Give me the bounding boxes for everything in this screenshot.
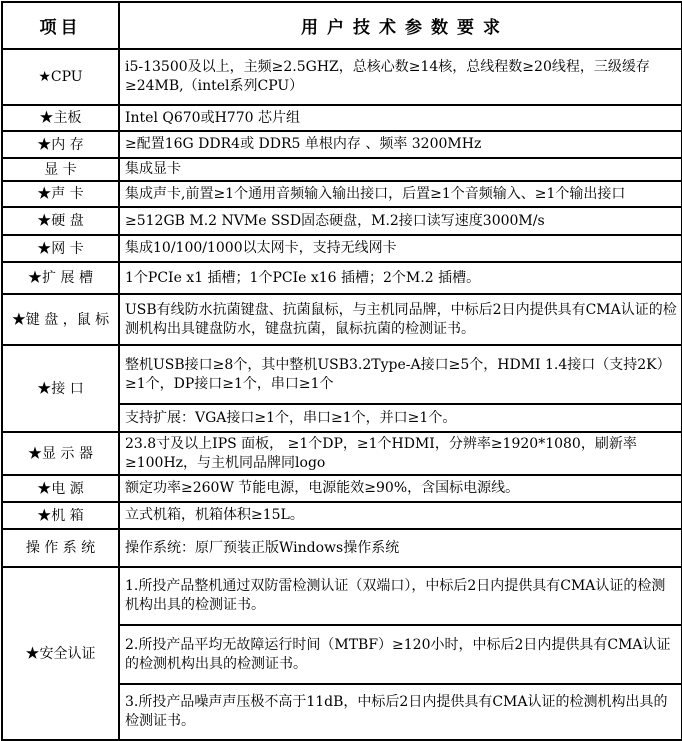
- content-network: 集成10/100/1000以太网卡，支持无线网卡: [119, 235, 682, 262]
- table-row: ★声 卡 集成声卡,前置≥1个通用音频输入输出接口，后置≥1个音频输入、≥1个输…: [2, 181, 682, 207]
- label-power: ★电 源: [2, 475, 119, 502]
- table-row: ★CPU i5-13500及以上，主频≥2.5GHZ，总核心数≥14核，总线程数…: [2, 49, 682, 105]
- label-sound: ★声 卡: [2, 181, 119, 207]
- table-row: ★网 卡 集成10/100/1000以太网卡，支持无线网卡: [2, 235, 682, 262]
- content-ports-2: 支持扩展：VGA接口≥1个，串口≥1个，并口≥1个。: [119, 404, 682, 432]
- content-case: 立式机箱，机箱体积≥15L。: [119, 502, 682, 529]
- content-ports-1: 整机USB接口≥8个，其中整机USB3.2Type-A接口≥5个，HDMI 1.…: [119, 345, 682, 404]
- label-monitor: ★显 示 器: [2, 432, 119, 475]
- content-safety-cert-2: 2.所投产品平均无故障运行时间（MTBF）≥120小时，中标后2日内提供具有CM…: [119, 625, 682, 684]
- content-motherboard: Intel Q670或H770 芯片组: [119, 105, 682, 131]
- content-keyboard-mouse: USB有线防水抗菌键盘、抗菌鼠标，与主机同品牌，中标后2日内提供具有CMA认证的…: [119, 294, 682, 345]
- table-row: 显 卡 集成显卡: [2, 158, 682, 181]
- label-safety-cert: ★安全认证: [2, 567, 119, 740]
- label-memory: ★内 存: [2, 131, 119, 158]
- content-cpu: i5-13500及以上，主频≥2.5GHZ，总核心数≥14核，总线程数≥20线程…: [119, 49, 682, 105]
- table-row: ★硬 盘 ≥512GB M.2 NVMe SSD固态硬盘，M.2接口读写速度30…: [2, 207, 682, 235]
- table-row: ★安全认证 1.所投产品整机通过双防雷检测认证（双端口），中标后2日内提供具有C…: [2, 567, 682, 625]
- table-row: ★扩 展 槽 1个PCIe x1 插槽；1个PCIe x16 插槽；2个M.2 …: [2, 262, 682, 294]
- content-os: 操作系统：原厂预装正版Windows操作系统: [119, 529, 682, 567]
- header-item: 项目: [2, 2, 119, 49]
- content-safety-cert-1: 1.所投产品整机通过双防雷检测认证（双端口），中标后2日内提供具有CMA认证的检…: [119, 567, 682, 625]
- content-disk: ≥512GB M.2 NVMe SSD固态硬盘，M.2接口读写速度3000M/s: [119, 207, 682, 235]
- spec-table: 项目 用户技术参数要求 ★CPU i5-13500及以上，主频≥2.5GHZ，总…: [1, 1, 682, 741]
- label-cpu: ★CPU: [2, 49, 119, 105]
- content-power: 额定功率≥260W 节能电源，电源能效≥90%，含国标电源线。: [119, 475, 682, 502]
- document-page: 项目 用户技术参数要求 ★CPU i5-13500及以上，主频≥2.5GHZ，总…: [0, 1, 682, 741]
- table-row: ★内 存 ≥配置16G DDR4或 DDR5 单根内存 、频率 3200MHz: [2, 131, 682, 158]
- label-expansion: ★扩 展 槽: [2, 262, 119, 294]
- label-graphics: 显 卡: [2, 158, 119, 181]
- table-row: ★键 盘 ，鼠 标 USB有线防水抗菌键盘、抗菌鼠标，与主机同品牌，中标后2日内…: [2, 294, 682, 345]
- label-disk: ★硬 盘: [2, 207, 119, 235]
- content-safety-cert-3: 3.所投产品噪声声压极不高于11dB，中标后2日内提供具有CMA认证的检测机构出…: [119, 684, 682, 740]
- content-memory: ≥配置16G DDR4或 DDR5 单根内存 、频率 3200MHz: [119, 131, 682, 158]
- header-row: 项目 用户技术参数要求: [2, 2, 682, 49]
- table-row: ★电 源 额定功率≥260W 节能电源，电源能效≥90%，含国标电源线。: [2, 475, 682, 502]
- table-row: ★显 示 器 23.8寸及以上IPS 面板， ≥1个DP，≥1个HDMI，分辨率…: [2, 432, 682, 475]
- content-graphics: 集成显卡: [119, 158, 682, 181]
- table-row: 操 作 系 统 操作系统：原厂预装正版Windows操作系统: [2, 529, 682, 567]
- header-requirement: 用户技术参数要求: [119, 2, 682, 49]
- content-expansion: 1个PCIe x1 插槽；1个PCIe x16 插槽；2个M.2 插槽。: [119, 262, 682, 294]
- label-os: 操 作 系 统: [2, 529, 119, 567]
- content-sound: 集成声卡,前置≥1个通用音频输入输出接口，后置≥1个音频输入、≥1个输出接口: [119, 181, 682, 207]
- table-row: ★接 口 整机USB接口≥8个，其中整机USB3.2Type-A接口≥5个，HD…: [2, 345, 682, 404]
- label-ports: ★接 口: [2, 345, 119, 432]
- label-network: ★网 卡: [2, 235, 119, 262]
- label-motherboard: ★主板: [2, 105, 119, 131]
- table-row: ★机 箱 立式机箱，机箱体积≥15L。: [2, 502, 682, 529]
- label-keyboard-mouse: ★键 盘 ，鼠 标: [2, 294, 119, 345]
- label-case: ★机 箱: [2, 502, 119, 529]
- table-row: ★主板 Intel Q670或H770 芯片组: [2, 105, 682, 131]
- content-monitor: 23.8寸及以上IPS 面板， ≥1个DP，≥1个HDMI，分辨率≥1920*1…: [119, 432, 682, 475]
